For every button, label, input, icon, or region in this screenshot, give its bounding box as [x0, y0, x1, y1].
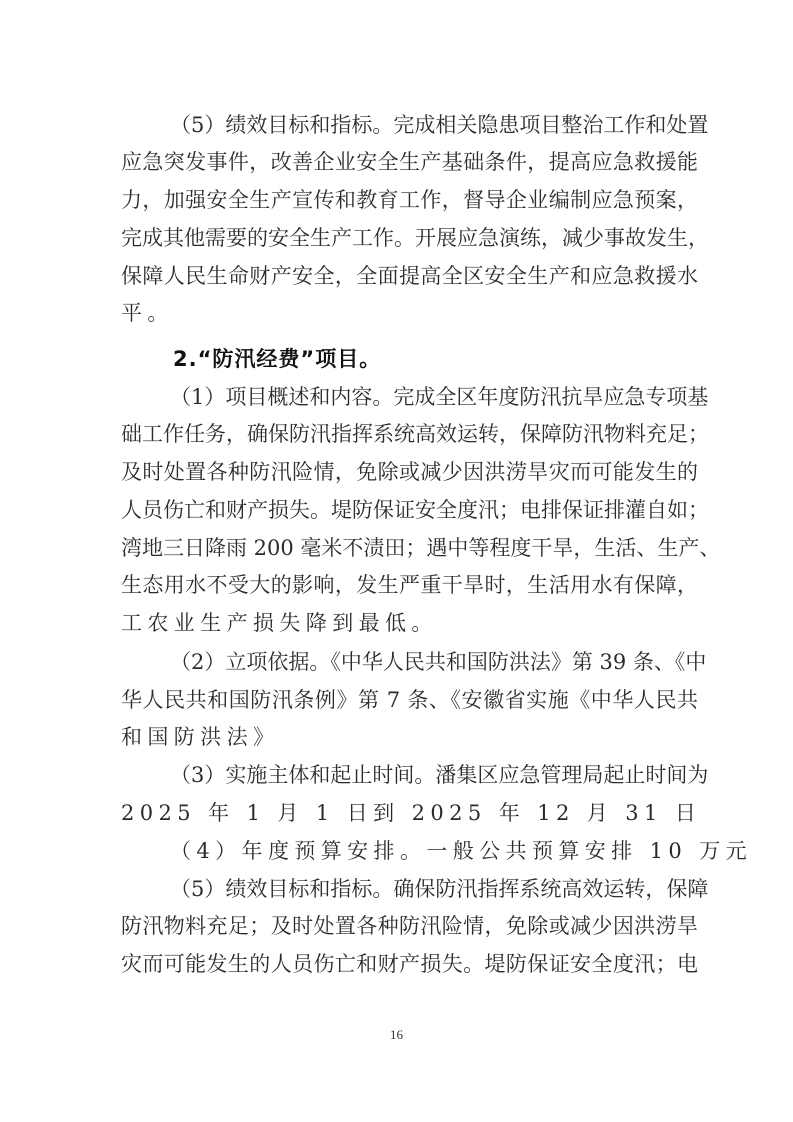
- paragraph-line: 及时处置各种防汛险情，免除或减少因洪涝旱灾而可能发生的: [121, 457, 698, 487]
- paragraph-line: （5）绩效目标和指标。确保防汛指挥系统高效运转，保障: [170, 874, 698, 904]
- paragraph-line: （3）实施主体和起止时间。潘集区应急管理局起止时间为: [170, 760, 698, 790]
- paragraph-line: （1）项目概述和内容。完成全区年度防汛抗旱应急专项基: [170, 382, 698, 412]
- document-page: （5）绩效目标和指标。完成相关隐患项目整治工作和处置 应急突发事件，改善企业安全…: [0, 0, 793, 1122]
- paragraph-line: （4）年度预算安排。一般公共预算安排 10 万元: [170, 836, 698, 866]
- paragraph-line: 和国防洪法》: [121, 722, 698, 752]
- paragraph-line: 灾而可能发生的人员伤亡和财产损失。堤防保证安全度汛；电: [121, 949, 698, 979]
- paragraph-line: 力，加强安全生产宣传和教育工作，督导企业编制应急预案，: [121, 185, 698, 215]
- paragraph-line: （5）绩效目标和指标。完成相关隐患项目整治工作和处置: [170, 110, 698, 140]
- paragraph-line: 生态用水不受大的影响，发生严重干旱时，生活用水有保障，: [121, 570, 698, 600]
- paragraph-line: 础工作任务，确保防汛指挥系统高效运转，保障防汛物料充足；: [121, 419, 698, 449]
- paragraph-line: 保障人民生命财产安全，全面提高全区安全生产和应急救援水: [121, 261, 698, 291]
- paragraph-line: 平。: [121, 298, 698, 328]
- paragraph-line: 防汛物料充足；及时处置各种防汛险情，免除或减少因洪涝旱: [121, 911, 698, 941]
- paragraph-line: 应急突发事件，改善企业安全生产基础条件，提高应急救援能: [121, 147, 698, 177]
- paragraph-line: （2）立项依据。《中华人民共和国防洪法》第 39 条、《中: [170, 647, 698, 677]
- paragraph-line: 人员伤亡和财产损失。堤防保证安全度汛；电排保证排灌自如；: [121, 495, 698, 525]
- paragraph-line: 完成其他需要的安全生产工作。开展应急演练，减少事故发生，: [121, 223, 698, 253]
- page-number: 16: [0, 1027, 793, 1043]
- paragraph-line: 工农业生产损失降到最低。: [121, 608, 698, 638]
- paragraph-line: 华人民共和国防汛条例》第 7 条、《安徽省实施《中华人民共: [121, 685, 698, 715]
- paragraph-line: 2025 年 1 月 1 日到 2025 年 12 月 31 日: [121, 798, 698, 828]
- section-heading: 2.“防汛经费”项目。: [173, 344, 381, 374]
- paragraph-line: 湾地三日降雨 200 毫米不渍田；遇中等程度干旱，生活、生产、: [121, 533, 698, 563]
